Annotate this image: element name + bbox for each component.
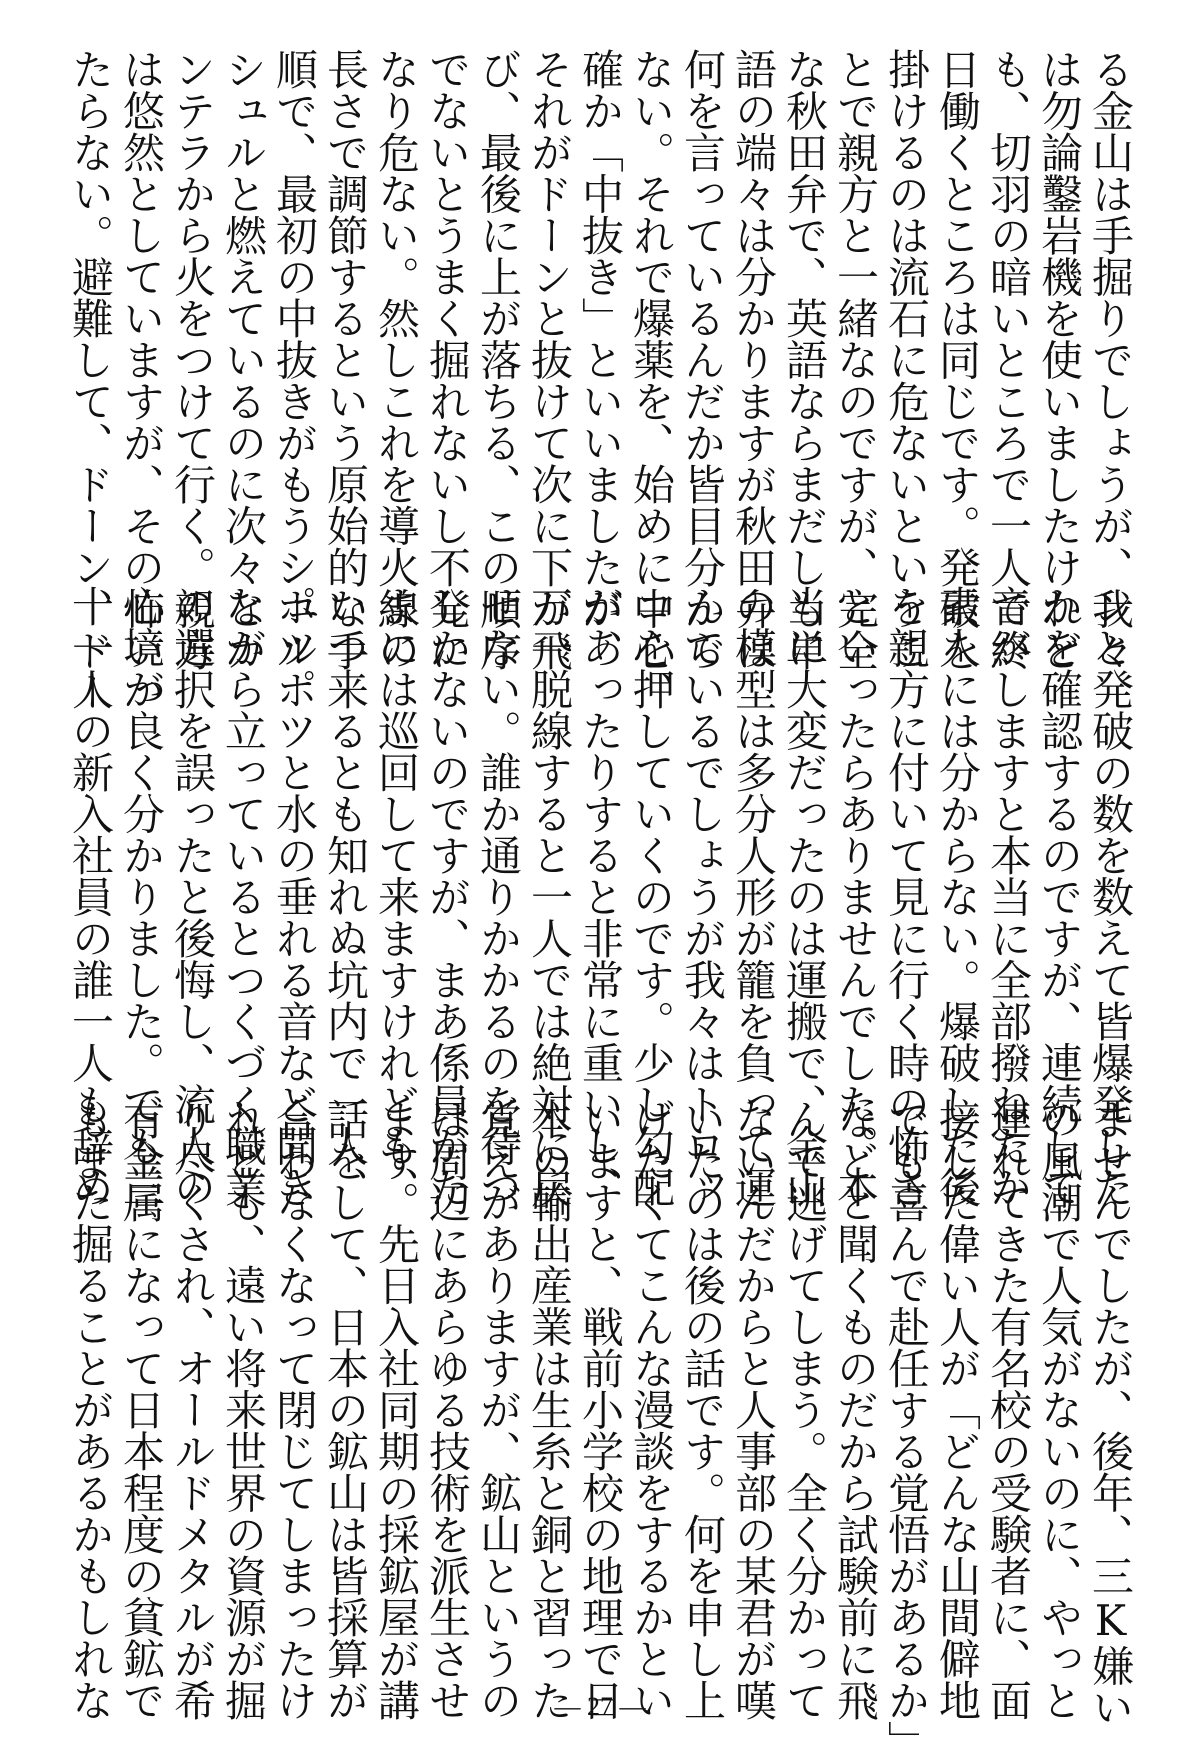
text-column: 掛けるのは流石に危ないというこ	[876, 48, 936, 671]
text-column: でないとうまく掘れないし不発に	[417, 48, 477, 671]
text-column: 日働くところは同じです。発破を	[927, 48, 987, 671]
text-column: ませんでしたが、後年、三K嫌い	[1080, 1098, 1140, 1728]
text-column: り尽くされ、オールドメタルが希	[162, 1098, 222, 1721]
text-column: 何を言っているんだか皆目分から	[672, 48, 732, 671]
text-column: は勿論鑿岩機を使いましたけれど	[1029, 48, 1089, 671]
text-column: げたくてこんな漫談をするかとい	[621, 1098, 681, 1721]
text-column: の風潮で人気がないのに、やっと	[1029, 1098, 1089, 1721]
text-column: シュルと燃えているのに次々とカ	[213, 48, 273, 671]
text-column: でも喜んで赴任する覚悟があるか」	[876, 1098, 936, 1762]
text-column: も、切羽の暗いところで一人で終	[978, 48, 1038, 671]
text-column: 確か「中抜き」といいましたが、	[570, 48, 630, 671]
text-column: 語の端々は分かりますが秋田弁は	[723, 48, 783, 671]
text-column: なり危ない。然しこれを導火線の	[366, 48, 426, 671]
text-column: び、最後に上が落ちる、この順序	[468, 48, 528, 671]
text-column: 有金属になって日本程度の貧鉱で	[111, 1098, 171, 1721]
text-column: は周辺にあらゆる技術を派生させ	[417, 1098, 477, 1721]
text-column: 合わなくなって閉じてしまったけ	[264, 1098, 324, 1721]
text-column: いたのは後の話です。何を申し上	[672, 1098, 732, 1721]
text-tier-1: る金山は手掘りでしょうが、我々は勿論鑿岩機を使いましたけれども、切羽の暗いところ…	[60, 48, 1140, 568]
page-number: — 27 —	[0, 1692, 1200, 1722]
text-column: な秋田弁で、英語ならまだしも単	[774, 48, 834, 671]
text-column: 長さで調節するという原始的な手	[315, 48, 375, 671]
text-column: とで親方と一緒なのですが、完全	[825, 48, 885, 671]
text-column: もまた掘ることがあるかもしれな	[60, 1098, 120, 1721]
text-column: 話をして、日本の鉱山は皆採算が	[315, 1098, 375, 1721]
text-tier-3: ませんでしたが、後年、三K嫌いの風潮で人気がないのに、やっと連れてきた有名校の受…	[60, 1098, 1140, 1658]
text-column: 本の輸出産業は生糸と銅と習った	[519, 1098, 579, 1721]
text-column: んで逃げてしまう。全く分かって	[774, 1098, 834, 1721]
text-column: る金山は手掘りでしょうが、我々	[1080, 48, 1140, 671]
text-column: などと聞くものだから試験前に飛	[825, 1098, 885, 1721]
text-tier-2: ンと発破の数を数えて皆爆発したかを確認するのですが、連続して音がしますと本当に全…	[60, 585, 1140, 1095]
text-column: 覚えがありますが、鉱山というの	[468, 1098, 528, 1721]
text-column: ます。先日入社同期の採鉱屋が講	[366, 1098, 426, 1721]
text-column: ンテラから火をつけて行く。親方	[162, 48, 222, 671]
text-column: ないんだからと人事部の某君が嘆	[723, 1098, 783, 1721]
text-column: それがドーンと抜けて次に下が飛	[519, 48, 579, 671]
text-column: れども、遠い将来世界の資源が掘	[213, 1098, 273, 1721]
text-column: いますと、戦前小学校の地理で日	[570, 1098, 630, 1721]
text-column: 連れてきた有名校の受験者に、面	[978, 1098, 1038, 1721]
text-column: 順で、最初の中抜きがもうシュル	[264, 48, 324, 671]
text-column: 接した偉い人が「どんな山間僻地	[927, 1098, 987, 1721]
